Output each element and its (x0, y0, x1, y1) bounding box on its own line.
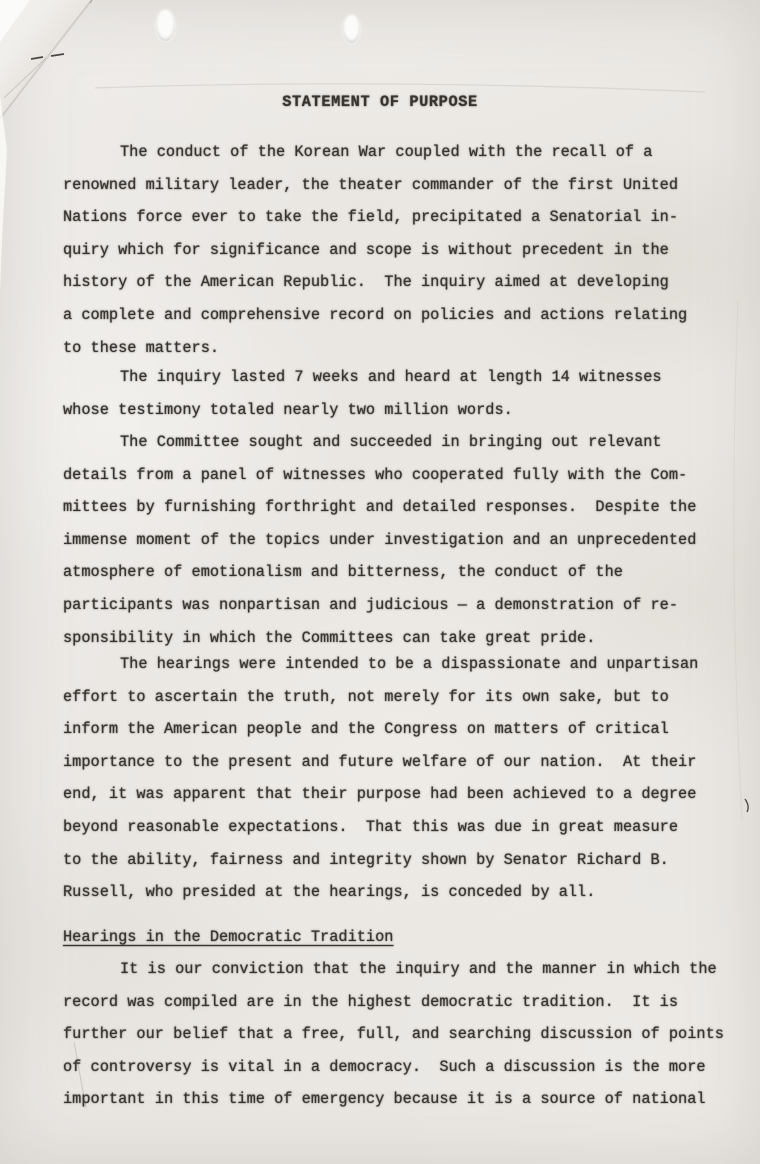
text-line: further our belief that a free, full, an… (63, 1018, 753, 1051)
text-line: renowned military leader, the theater co… (63, 169, 753, 202)
text-line: quiry which for significance and scope i… (63, 234, 753, 267)
text-line: record was compiled are in the highest d… (63, 986, 753, 1019)
paragraph: The hearings were intended to be a dispa… (63, 648, 753, 909)
text-line: a complete and comprehensive record on p… (63, 299, 753, 332)
text-line: Nations force ever to take the field, pr… (63, 201, 753, 234)
text-line: to these matters. (63, 332, 753, 365)
text-line: The conduct of the Korean War coupled wi… (63, 136, 753, 169)
punch-hole (156, 10, 175, 41)
secondary-crease-line (4, 58, 46, 98)
paragraph: The inquiry lasted 7 weeks and heard at … (63, 361, 753, 426)
wrinkle-line (95, 84, 705, 92)
text-line: details from a panel of witnesses who co… (63, 459, 753, 492)
text-line: effort to ascertain the truth, not merel… (63, 681, 753, 714)
page-edge-sliver (0, 96, 7, 292)
text-line: important in this time of emergency beca… (63, 1083, 753, 1116)
torn-corner-edge (0, 0, 30, 42)
text-line: beyond reasonable expectations. That thi… (63, 811, 753, 844)
text-line: history of the American Republic. The in… (63, 266, 753, 299)
text-line: The inquiry lasted 7 weeks and heard at … (63, 361, 753, 394)
text-line: importance to the present and future wel… (63, 746, 753, 779)
text-line: atmosphere of emotionalism and bitternes… (63, 556, 753, 589)
paragraph: The Committee sought and succeeded in br… (63, 426, 753, 654)
section-heading: Hearings in the Democratic Tradition (63, 929, 393, 946)
text-line: mittees by furnishing forthright and det… (63, 491, 753, 524)
text-line: The Committee sought and succeeded in br… (63, 426, 753, 459)
text-line: The hearings were intended to be a dispa… (63, 648, 753, 681)
text-line: participants was nonpartisan and judicio… (63, 589, 753, 622)
pencil-mark (51, 54, 64, 56)
text-line: to the ability, fairness and integrity s… (63, 844, 753, 877)
text-line: It is our conviction that the inquiry an… (63, 953, 753, 986)
text-line: inform the American people and the Congr… (63, 713, 753, 746)
text-line: end, it was apparent that their purpose … (63, 778, 753, 811)
paragraph: The conduct of the Korean War coupled wi… (63, 136, 753, 364)
text-line: of controversy is vital in a democracy. … (63, 1051, 753, 1084)
text-line: whose testimony totaled nearly two milli… (63, 394, 753, 427)
pencil-mark (31, 57, 43, 59)
punch-hole (343, 15, 360, 43)
paragraph: It is our conviction that the inquiry an… (63, 953, 753, 1116)
text-line: immense moment of the topics under inves… (63, 524, 753, 557)
scanned-document-page: STATEMENT OF PURPOSE The conduct of the … (0, 0, 760, 1164)
document-title: STATEMENT OF PURPOSE (0, 94, 760, 111)
text-line: Russell, who presided at the hearings, i… (63, 876, 753, 909)
